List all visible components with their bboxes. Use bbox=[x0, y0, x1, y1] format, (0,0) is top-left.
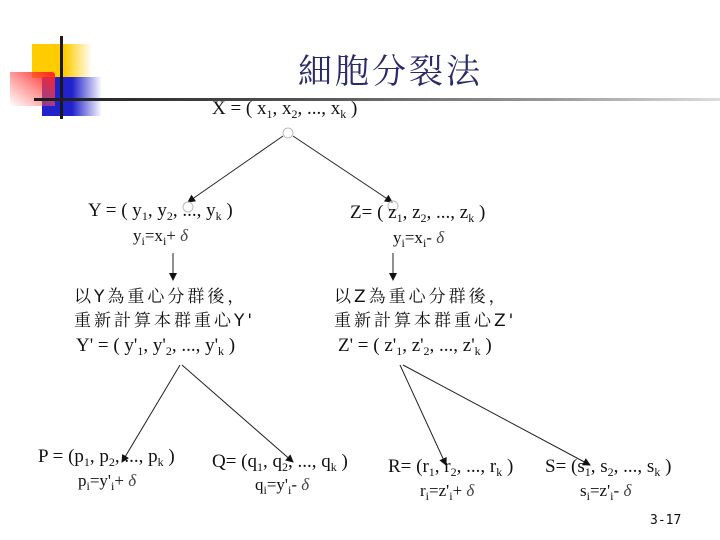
edge-z-s bbox=[403, 365, 590, 465]
edge-x-y bbox=[188, 136, 283, 202]
z-prime-vector: Z' = ( z'1, z'2, ..., z'k ) bbox=[338, 335, 492, 357]
node-p-vector: P = (p1, p2, ..., pk ) bbox=[38, 446, 175, 468]
page-number: 3-17 bbox=[650, 513, 681, 528]
node-q-rule: qi=y'i- δ bbox=[255, 474, 309, 496]
node-z-rule: yi=xi- δ bbox=[393, 227, 444, 249]
node-r-rule: ri=z'i+ δ bbox=[420, 480, 474, 502]
node-handle-x bbox=[283, 128, 293, 138]
y-prime-vector: Y' = ( y'1, y'2, ..., y'k ) bbox=[76, 335, 235, 357]
z-cluster-line1: 以Z為重心分群後， bbox=[334, 286, 509, 308]
z-cluster-line2: 重新計算本群重心Z' bbox=[334, 310, 516, 332]
y-cluster-line1: 以Y為重心分群後， bbox=[74, 286, 247, 308]
node-p-rule: pi=y'i+ δ bbox=[78, 470, 136, 492]
node-q-vector: Q= (q1, q2, ..., qk ) bbox=[212, 451, 348, 473]
y-cluster-line2: 重新計算本群重心Y' bbox=[74, 310, 255, 332]
edge-z-r bbox=[400, 365, 446, 465]
node-y-vector: Y = ( y1, y2, ..., yk ) bbox=[88, 200, 233, 222]
edge-y-q bbox=[182, 365, 293, 462]
node-s-rule: si=z'i- δ bbox=[580, 480, 631, 502]
node-y-rule: yi=xi+ δ bbox=[133, 225, 188, 247]
node-r-vector: R= (r1, r2, ..., rk ) bbox=[388, 456, 513, 478]
node-z-vector: Z= ( z1, z2, ..., zk ) bbox=[350, 202, 485, 224]
node-x-vector: X = ( x1, x2, ..., xk ) bbox=[212, 98, 357, 120]
edge-x-z bbox=[293, 136, 392, 202]
node-s-vector: S= (s1, s2, ..., sk ) bbox=[545, 456, 671, 478]
